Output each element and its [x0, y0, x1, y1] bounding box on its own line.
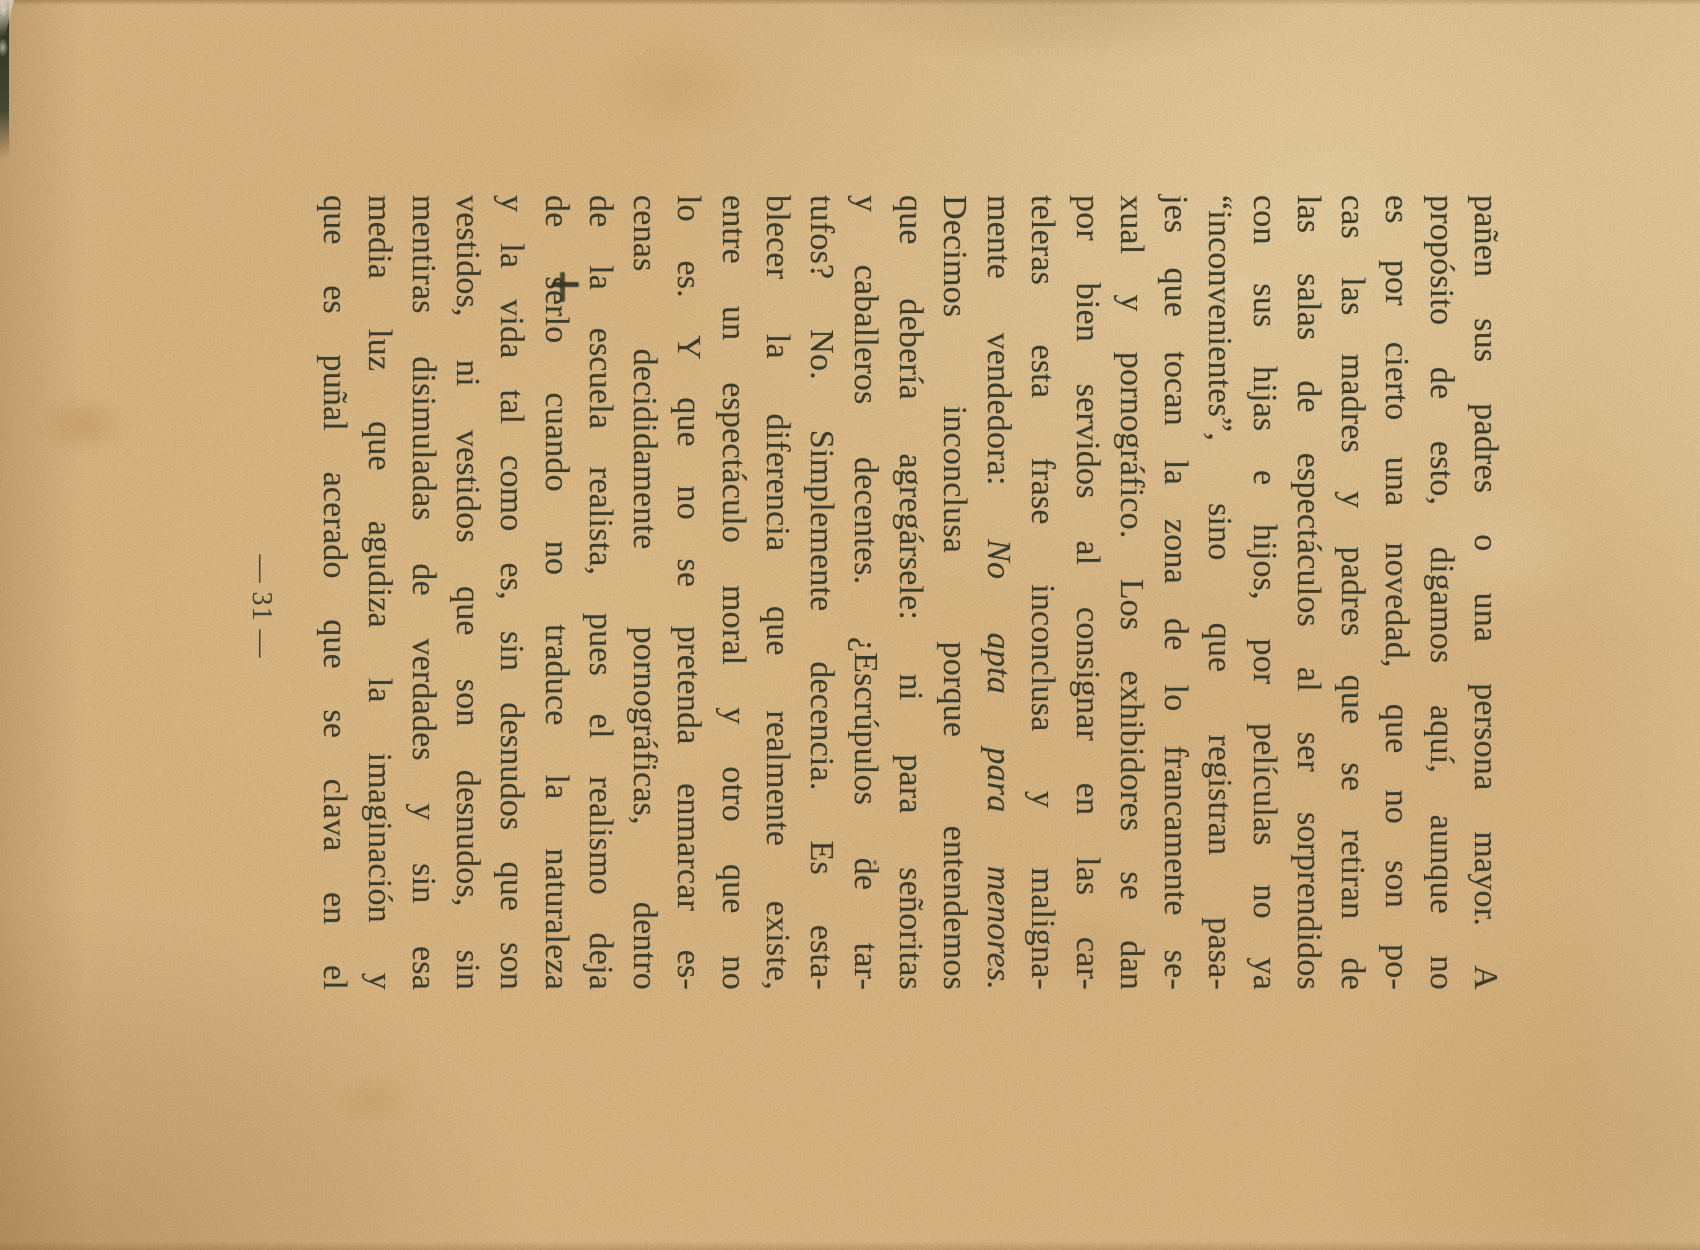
italic-phrase: No apta para menores. [980, 539, 1017, 990]
text-line: tufos? No. Simplemente decencia. Es esta… [799, 195, 843, 990]
text-line: las salas de espectáculos al ser sorpren… [1286, 195, 1330, 990]
scanned-book-page: pañen sus padres o una persona mayor. A … [0, 0, 1700, 1250]
body-text-block: pañen sus padres o una persona mayor. A … [312, 195, 1507, 990]
text-line: teleras esta frase inconclusa y maligna- [1020, 195, 1064, 990]
text-line-with-italic: mente vendedora: No apta para menores. [976, 195, 1020, 990]
text-line: vestidos, ni vestidos que son desnudos, … [445, 195, 489, 990]
page-number: — 31 — [241, 195, 281, 1004]
text-line: pañen sus padres o una persona mayor. A [1463, 195, 1507, 990]
text-line: lo es. Y que no se pretenda enmarcar es- [666, 195, 710, 990]
text-line: de la escuela realista, pues el realismo… [578, 195, 622, 990]
text-line: propósito de esto, digamos aquí, aunque … [1419, 195, 1463, 990]
text-line: que debería agregársele: ni para señorit… [888, 195, 932, 990]
text-line: y caballeros decentes. ¿Escrúpulos de ta… [843, 195, 887, 990]
text-line: con sus hijas e hijos, por películas no … [1242, 195, 1286, 990]
text-line: “inconvenientes”, sino que registran pas… [1197, 195, 1241, 990]
text-line: cas las madres y padres que se retiran d… [1330, 195, 1374, 990]
text-line: entre un espectáculo moral y otro que no [711, 195, 755, 990]
text-line: de serlo cuando no traduce la naturaleza [534, 195, 578, 990]
text-line: media luz que agudiza la imaginación y [357, 195, 401, 990]
text-line: cenas decididamente pornográficas, dentr… [622, 195, 666, 990]
text-line: y la vida tal como es, sin desnudos que … [489, 195, 533, 990]
text-segment: mente vendedora: [980, 195, 1017, 539]
text-line: blecer la diferencia que realmente exist… [755, 195, 799, 990]
text-line: mentiras disimuladas de verdades y sin e… [401, 195, 445, 990]
text-line: por bien servidos al consignar en las ca… [1065, 195, 1109, 990]
text-line: que es puñal acerado que se clava en el [312, 195, 356, 990]
text-line: es por cierto una novedad, que no son po… [1374, 195, 1418, 990]
text-line: Decimos inconclusa porque entendemos [932, 195, 976, 990]
text-line: xual y pornográfico. Los exhibidores se … [1109, 195, 1153, 990]
rotated-page: pañen sus padres o una persona mayor. A … [0, 0, 1700, 1250]
text-line: jes que tocan la zona de lo francamente … [1153, 195, 1197, 990]
